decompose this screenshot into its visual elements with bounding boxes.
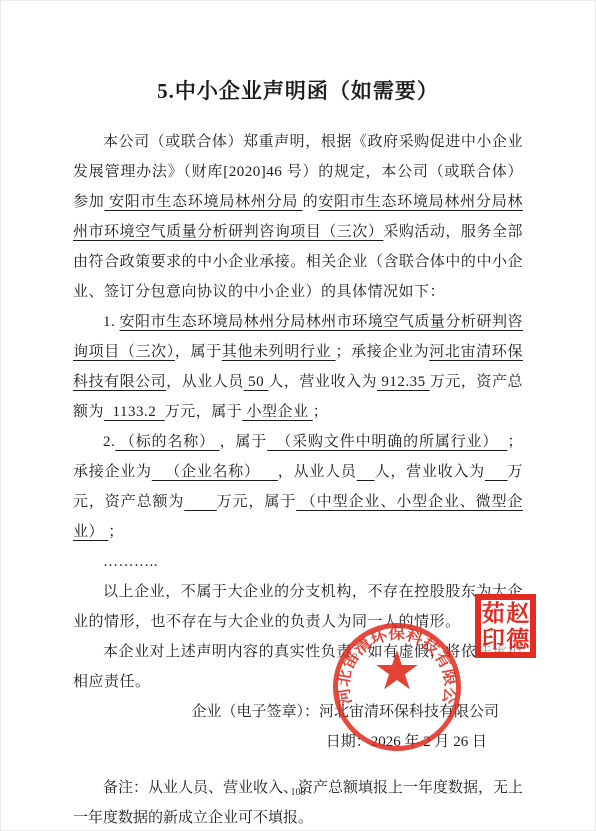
seal-character: 德 (506, 628, 529, 651)
filled-blank: 小型企业 (242, 404, 313, 420)
filled-blank (485, 464, 508, 480)
filled-blank: （标的名称） (115, 434, 219, 450)
page-title: 5.中小企业声明函（如需要） (1, 75, 595, 105)
text-run: ，从业人员 (166, 374, 244, 390)
filled-blank: （企业名称） (152, 464, 278, 480)
paragraph: ……….. (73, 547, 523, 577)
paragraph: 2. （标的名称） ，属于 （采购文件中明确的所属行业） ；承接企业为 （企业名… (73, 427, 523, 547)
personal-name-seal-icon: 茹赵印德 (475, 594, 536, 658)
filled-blank: （采购文件中明确的所属行业） (267, 434, 507, 450)
signature-block: 企业（电子签章）：河北宙清环保科技有限公司 日期：2026 年 2 月 26 日 (1, 697, 595, 757)
paragraph: 1. 安阳市生态环境局林州分局林州市环境空气质量分析研判咨询项目（三次），属于其… (73, 307, 523, 427)
filled-blank (357, 464, 375, 480)
text-run: 人，营业收入为 (375, 464, 485, 480)
filled-blank: 其他未列明行业 (222, 344, 336, 360)
text-run: ； (108, 524, 124, 540)
text-run: 万元，属于 (217, 494, 296, 510)
text-run: 1. (103, 314, 120, 330)
document-page: 5.中小企业声明函（如需要） 本公司（或联合体）郑重声明，根据《政府采购促进中小… (0, 0, 596, 831)
text-run: 的 (303, 194, 319, 210)
text-run: 2. (103, 434, 115, 450)
filled-blank: 安阳市生态环境局林州分局 (105, 194, 303, 210)
text-run: ，属于 (175, 344, 222, 360)
text-run: 人，营业收入为 (268, 374, 377, 390)
company-round-stamp-icon: 河北宙清环保科技有限公司 ★ (333, 623, 461, 751)
text-run: ；承接企业为 (336, 344, 430, 360)
seal-character: 印 (482, 628, 505, 651)
paragraph: 本公司（或联合体）郑重声明，根据《政府采购促进中小企业发展管理办法》（财库[20… (73, 127, 523, 307)
text-run: ，属于 (220, 434, 268, 450)
filled-blank: 912.35 (377, 374, 430, 390)
filled-blank (184, 494, 217, 510)
filled-blank: 1133.2 (104, 404, 165, 420)
text-run: ……….. (103, 554, 158, 570)
text-run: 万元，属于 (165, 404, 243, 420)
text-run: ； (313, 404, 329, 420)
note-paragraph: 备注：从业人员、营业收入、资产总额填报上一年度数据，无上一年度数据的新成立企业可… (1, 773, 595, 831)
stamp-star-icon: ★ (338, 644, 456, 698)
seal-character: 茹 (482, 602, 505, 625)
page-number: 108 (1, 787, 595, 798)
seal-character: 赵 (506, 602, 529, 625)
text-run: ，从业人员 (278, 464, 357, 480)
filled-blank: 50 (244, 374, 269, 390)
